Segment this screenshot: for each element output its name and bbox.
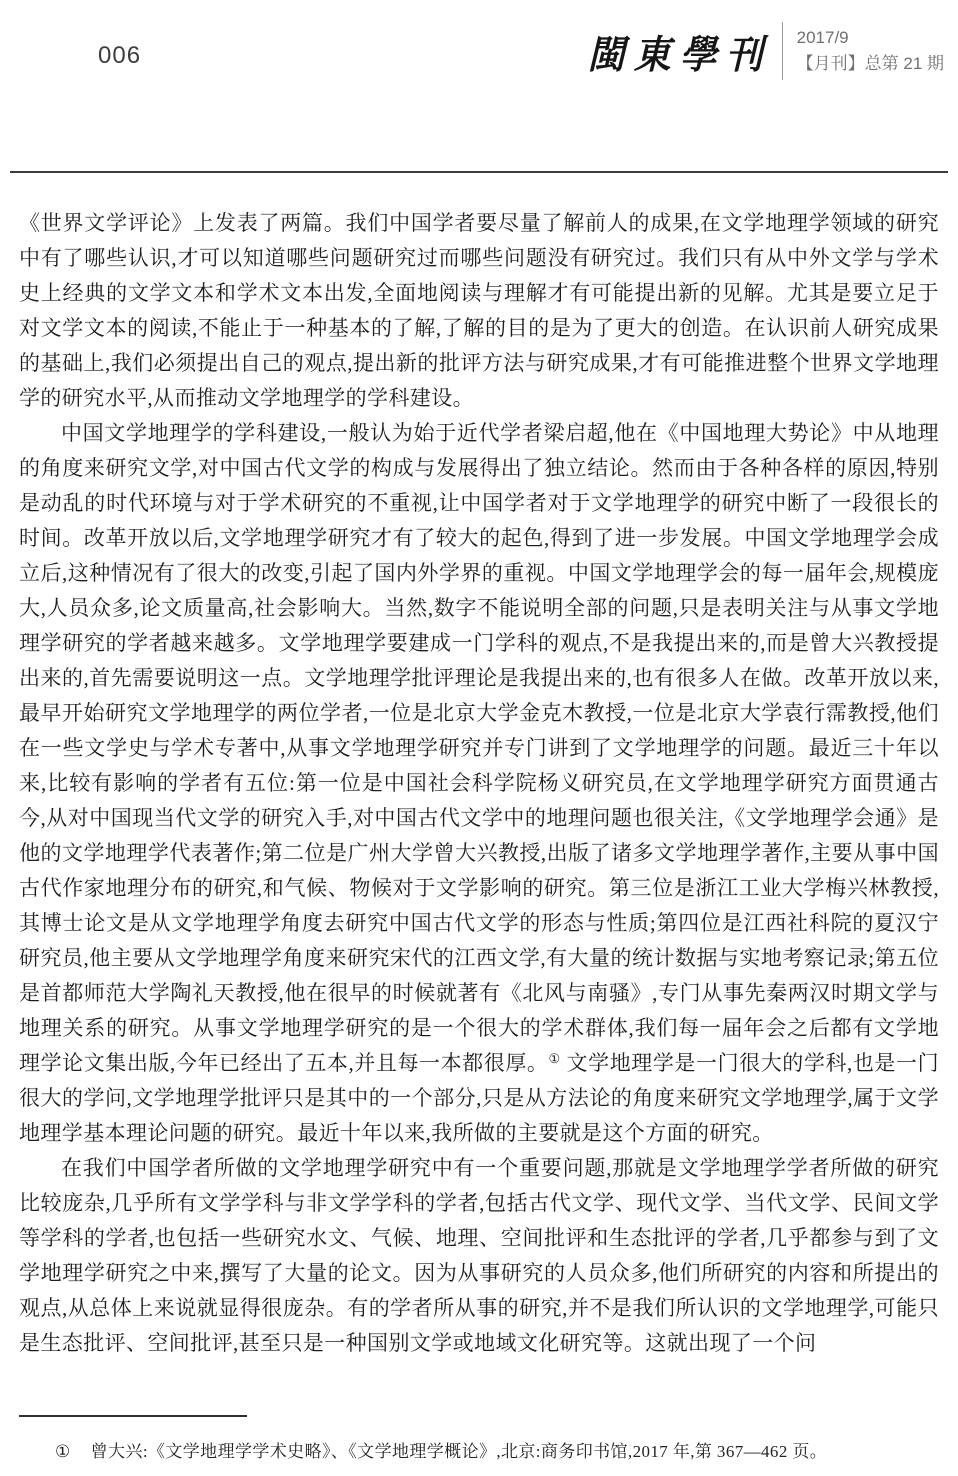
masthead-divider: [782, 22, 783, 80]
page-header: 006 閩東學刊 2017/9 【月刊】总第 21 期: [0, 22, 958, 102]
issue-date: 2017/9: [797, 25, 944, 51]
paragraph: 中国文学地理学的学科建设,一般认为始于近代学者梁启超,他在《中国地理大势论》中从…: [19, 416, 939, 1151]
footnote: ①曾大兴:《文学地理学学术史略》、《文学地理学概论》,北京:商务印书馆,2017…: [19, 1437, 939, 1462]
paragraph: 在我们中国学者所做的文学地理学研究中有一个重要问题,那就是文学地理学学者所做的研…: [19, 1151, 939, 1361]
article-body: 《世界文学评论》上发表了两篇。我们中国学者要尽量了解前人的成果,在文学地理学领域…: [19, 206, 939, 1361]
footnote-area: ①曾大兴:《文学地理学学术史略》、《文学地理学概论》,北京:商务印书馆,2017…: [19, 1415, 939, 1462]
footnote-text: 曾大兴:《文学地理学学术史略》、《文学地理学概论》,北京:商务印书馆,2017 …: [91, 1442, 828, 1461]
issue-number: 【月刊】总第 21 期: [797, 51, 944, 77]
footnote-reference-marker: ①: [548, 1051, 560, 1066]
issue-info: 2017/9 【月刊】总第 21 期: [797, 25, 944, 78]
header-rule: [10, 171, 948, 173]
page-number: 006: [98, 42, 141, 70]
footnote-separator-rule: [19, 1415, 247, 1417]
journal-masthead: 閩東學刊 2017/9 【月刊】总第 21 期: [588, 22, 944, 80]
paragraph: 《世界文学评论》上发表了两篇。我们中国学者要尽量了解前人的成果,在文学地理学领域…: [19, 206, 939, 416]
footnote-marker: ①: [55, 1442, 71, 1461]
journal-title: 閩東學刊: [588, 23, 776, 80]
journal-page: 006 閩東學刊 2017/9 【月刊】总第 21 期 《世界文学评论》上发表了…: [0, 0, 958, 1476]
